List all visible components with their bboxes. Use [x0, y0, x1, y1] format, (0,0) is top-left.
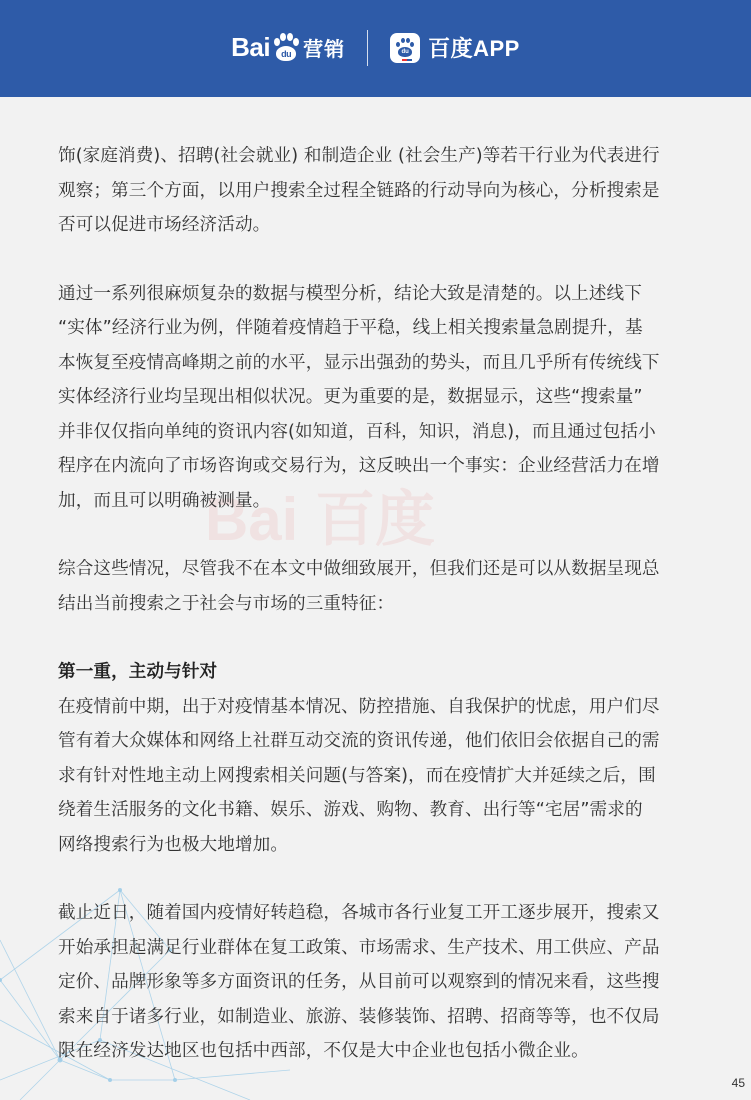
- paragraph-3: 综合这些情况，尽管我不在本文中做细致展开，但我们还是可以从数据呈现总 结出当前搜…: [58, 552, 698, 621]
- section-title: 第一重，主动与针对: [58, 655, 698, 690]
- baidu-marketing-logo: Bai du 营销: [231, 32, 345, 63]
- paragraph-2: 通过一系列很麻烦复杂的数据与模型分析，结论大致是清楚的。以上述线下 “实体”经济…: [58, 277, 698, 519]
- page-number: 45: [732, 1076, 745, 1090]
- paragraph-4: 第一重，主动与针对 在疫情前中期，出于对疫情基本情况、防控措施、自我保护的忧虑，…: [58, 655, 698, 862]
- baidu-app-label: 百度APP: [428, 32, 520, 63]
- paragraph-1: 饰(家庭消费)、招聘(社会就业) 和制造企业 (社会生产)等若干行业为代表进行 …: [58, 139, 698, 243]
- header-divider: [367, 30, 368, 66]
- logo-latin-text: Bai: [231, 32, 270, 63]
- paw-text: du: [276, 46, 296, 61]
- logo-chinese-text: 营销: [303, 33, 345, 62]
- page-header: Bai du 营销 du 百度APP: [0, 0, 751, 97]
- article-body: 饰(家庭消费)、招聘(社会就业) 和制造企业 (社会生产)等若干行业为代表进行 …: [58, 139, 698, 1100]
- paragraph-5: 截止近日，随着国内疫情好转趋稳，各城市各行业复工开工逐步展开，搜索又 开始承担起…: [58, 896, 698, 1069]
- brand-logos: Bai du 营销 du 百度APP: [231, 30, 520, 66]
- paw-icon: du: [271, 33, 301, 63]
- baidu-app-icon: du: [390, 33, 420, 63]
